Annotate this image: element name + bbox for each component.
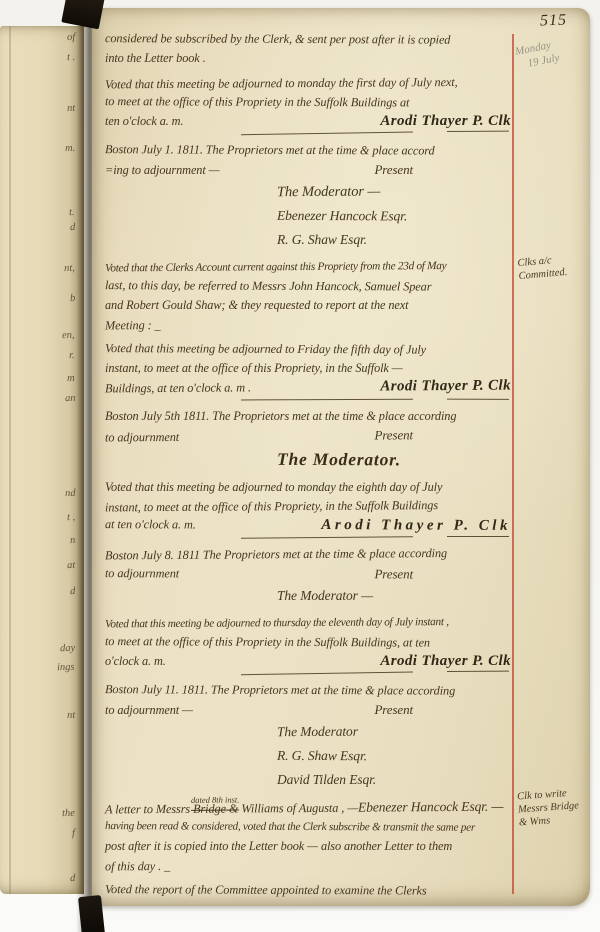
- facing-page-text-fragment: t .: [67, 52, 75, 63]
- facing-page-text-fragment: the: [62, 808, 75, 819]
- manuscript-content: considered be subscribed by the Clerk, &…: [105, 30, 511, 900]
- manuscript-line: Boston July 11. 1811. The Proprietors me…: [105, 680, 511, 701]
- manuscript-line: Voted that the Clerks Account current ag…: [105, 257, 511, 279]
- facing-page-text-fragment: m.: [65, 143, 76, 154]
- binding-strap-top: [61, 0, 104, 29]
- signature-rule: [105, 396, 511, 408]
- facing-page-text-fragment: nt: [67, 103, 75, 114]
- manuscript-line: having been read & considered, voted tha…: [105, 817, 511, 838]
- facing-page-text-fragment: d: [70, 586, 76, 597]
- attendee-name: Present: [374, 700, 413, 719]
- manuscript-line: Ebenezer Hancock Esqr.: [105, 203, 511, 229]
- ink-rule-segment: [447, 131, 509, 140]
- facing-page-text-fragment: day: [60, 643, 75, 654]
- manuscript-line: A letter to Messrs Bridge & Williams of …: [105, 797, 511, 820]
- manuscript-line: instant, to meet at the office of this P…: [105, 496, 511, 518]
- manuscript-line: last, to this day, be referred to Messrs…: [105, 276, 511, 297]
- manuscript-line: =ing to adjournment —Present: [105, 160, 511, 180]
- facing-page-text-fragment: d: [70, 873, 76, 884]
- manuscript-page: 515 Monday 19 July considered be subscri…: [92, 8, 590, 906]
- ink-rule-segment: [447, 671, 509, 680]
- manuscript-line: R. G. Shaw Esqr.: [105, 228, 511, 252]
- manuscript-line: to adjournmentPresent: [105, 425, 511, 448]
- facing-page-text-fragment: at: [67, 560, 75, 571]
- scanned-manuscript-photo: oft .ntm.t.dnt,ben,r.manndt ,natddayings…: [0, 0, 600, 932]
- facing-page-text-fragment: of: [67, 32, 75, 43]
- facing-page-text-fragment: r.: [69, 350, 75, 361]
- manuscript-line: Boston July 1. 1811. The Proprietors met…: [105, 140, 511, 161]
- page-number: 515: [540, 12, 568, 31]
- manuscript-line-text: o'clock a. m.: [105, 652, 166, 671]
- clerk-signature: Arodi Thayer P. Clk: [380, 377, 511, 397]
- clerk-signature: Arodi Thayer P. Clk: [380, 112, 511, 131]
- facing-page-text-fragment: n: [70, 535, 76, 546]
- manuscript-line: Meeting : _: [105, 314, 511, 336]
- manuscript-line: The Moderator —: [105, 179, 511, 206]
- attendee-name: Present: [374, 564, 413, 583]
- facing-page-text-fragment: m: [67, 373, 75, 384]
- margin-note: Clks a/cCommitted.: [517, 251, 591, 283]
- attendee-name: Ebenezer Hancock Esqr. —: [358, 799, 503, 815]
- manuscript-line: Voted that this meeting be adjourned to …: [105, 613, 511, 635]
- facing-page-text-fragment: ings: [57, 662, 75, 673]
- manuscript-line: instant, to meet at the office of this P…: [105, 359, 511, 378]
- interlined-insertion: dated 8th inst.: [191, 790, 240, 810]
- manuscript-line: of this day . _: [105, 855, 511, 877]
- manuscript-line: to adjournment —Present: [105, 700, 511, 720]
- red-margin-line: [512, 34, 514, 894]
- manuscript-line: Voted that this meeting be adjourned to …: [105, 339, 511, 360]
- manuscript-line: to adjournmentPresent: [105, 563, 511, 585]
- facing-page-text-fragment: b: [70, 293, 76, 304]
- facing-page-text-fragment: f: [72, 828, 75, 839]
- clerk-signature: Arodi Thayer P. Clk: [380, 652, 511, 671]
- facing-page-text-fragment: nt,: [64, 263, 75, 274]
- manuscript-line: Boston July 8. 1811 The Proprietors met …: [105, 544, 511, 566]
- manuscript-line: The Moderator: [105, 719, 511, 746]
- manuscript-line-text: to adjournment: [105, 564, 179, 583]
- facing-page-text-fragment: t.: [69, 207, 75, 218]
- manuscript-line: The Moderator.: [105, 445, 511, 473]
- pencil-annotation: Monday 19 July: [514, 31, 590, 72]
- manuscript-line: considered be subscribed by the Clerk, &…: [105, 29, 511, 50]
- manuscript-line: Boston July 5th 1811. The Proprietors me…: [105, 407, 511, 426]
- attendee-name: Present: [374, 425, 413, 444]
- facing-page-text-fragment: nt: [67, 710, 75, 721]
- facing-page-text-fragment: t ,: [67, 512, 75, 523]
- manuscript-line-text: ten o'clock a. m.: [105, 112, 183, 131]
- margin-note: Clk to writeMessrs Bridge& Wms: [517, 786, 592, 830]
- manuscript-line: post after it is copied into the Letter …: [105, 837, 511, 856]
- manuscript-line: at ten o'clock a. m.Arodi Thayer P. Clk: [105, 515, 511, 536]
- manuscript-line: to meet at the office of this Propriety …: [105, 92, 511, 113]
- manuscript-line: Buildings, at ten o'clock a. m .Arodi Th…: [105, 377, 511, 399]
- manuscript-line: o'clock a. m.Arodi Thayer P. Clk: [105, 652, 511, 671]
- facing-page-edge: oft .ntm.t.dnt,ben,r.manndt ,natddayings…: [0, 26, 84, 894]
- facing-page-text-fragment: an: [64, 393, 75, 404]
- manuscript-line-text: =ing to adjournment —: [105, 161, 219, 180]
- manuscript-line-text: to adjournment —: [105, 701, 193, 720]
- manuscript-line: and Robert Gould Shaw; & they requested …: [105, 296, 511, 315]
- manuscript-line: R. G. Shaw Esqr.: [105, 743, 511, 769]
- manuscript-line: to meet at the office of this Propriety …: [105, 632, 511, 653]
- manuscript-line: David Tilden Esqr.: [105, 768, 511, 792]
- ink-rule-segment: [447, 399, 509, 408]
- facing-page-text-fragment: d: [70, 222, 76, 233]
- manuscript-line: into the Letter book .: [105, 49, 511, 68]
- facing-page-text-fragment: nd: [64, 488, 75, 499]
- binding-strap-bottom: [78, 895, 105, 932]
- ink-rule-segment: [241, 399, 413, 408]
- manuscript-line: Voted that this meeting be adjourned to …: [105, 478, 511, 497]
- facing-page-text-fragment: en,: [62, 330, 75, 341]
- attendee-name: Present: [374, 160, 413, 179]
- manuscript-line: The Moderator —: [105, 584, 511, 608]
- clerk-signature: Arodi Thayer P. Clk: [321, 516, 511, 536]
- manuscript-line: Voted that this meeting be adjourned to …: [105, 73, 511, 95]
- manuscript-line: Voted the report of the Committee appoin…: [105, 880, 511, 901]
- manuscript-line: ten o'clock a. m.Arodi Thayer P. Clk: [105, 112, 511, 131]
- manuscript-line-text: at ten o'clock a. m.: [105, 515, 196, 534]
